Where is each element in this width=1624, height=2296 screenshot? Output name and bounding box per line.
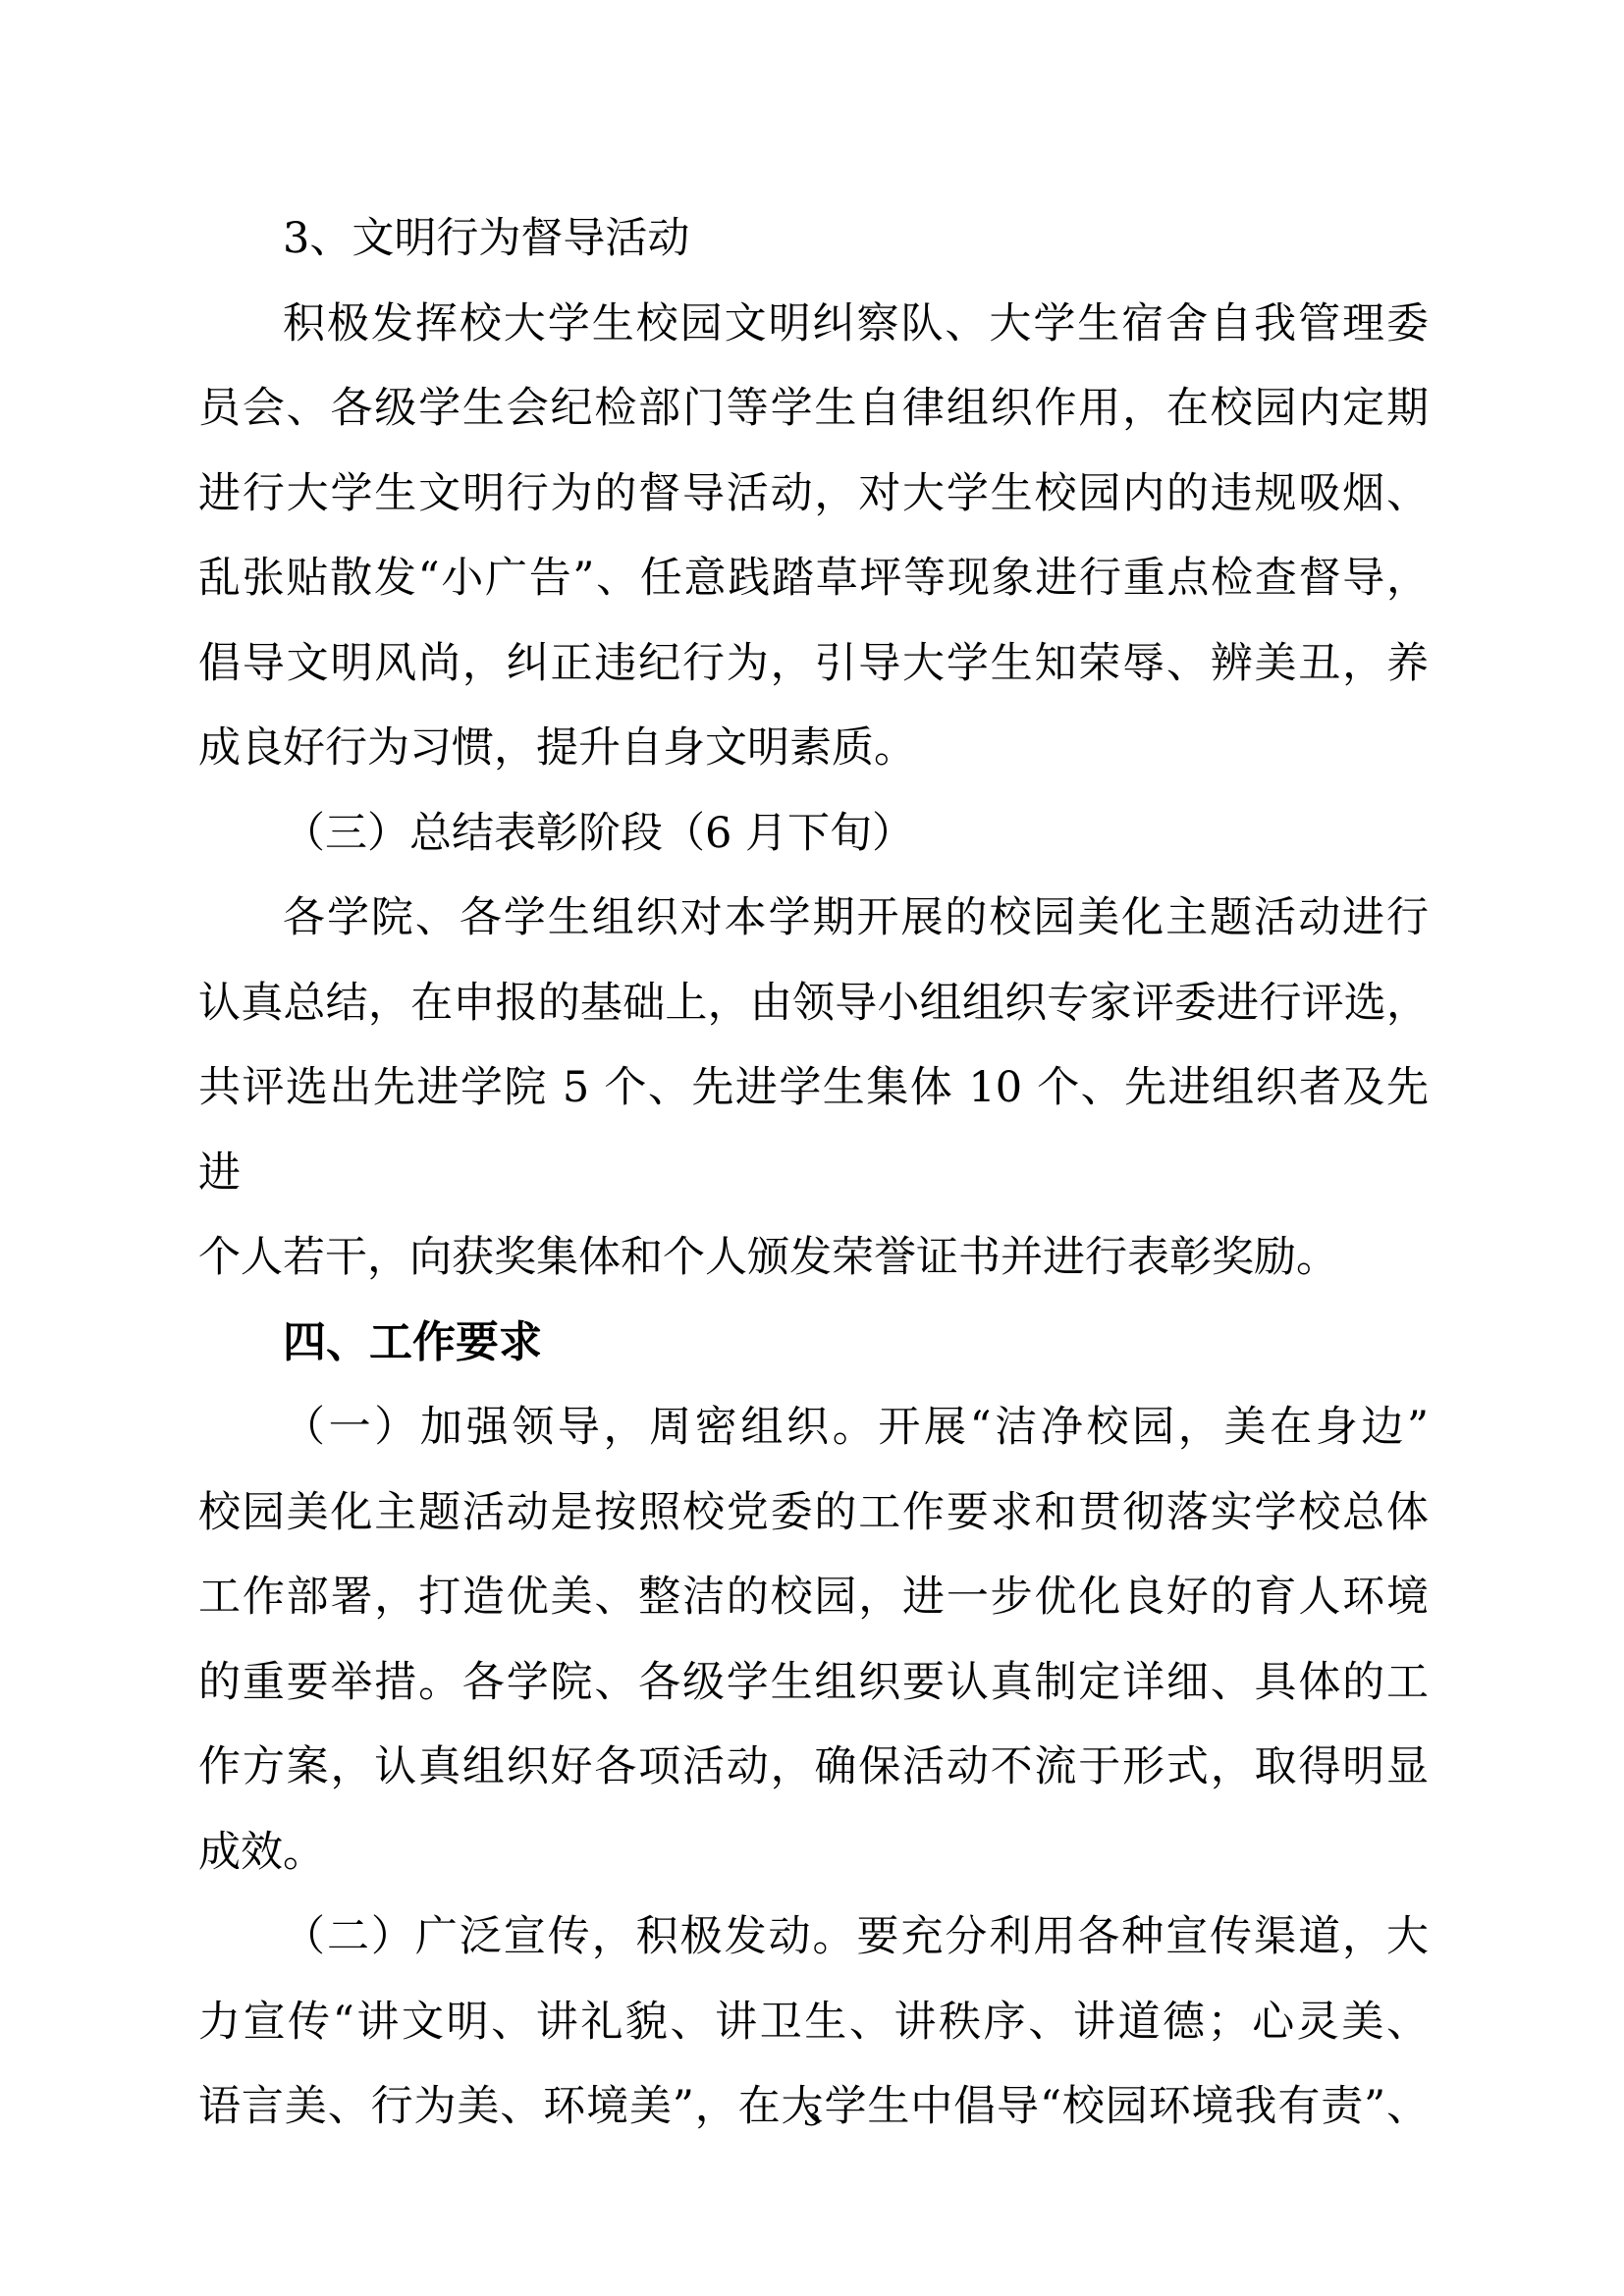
text-line: 倡导文明风尚，纠正违纪行为，引导大学生知荣辱、辨美丑，养 [198,621,1429,707]
text-line: 的重要举措。各学院、各级学生组织要认真制定详细、具体的工 [198,1640,1429,1726]
text-line: 乱张贴散发“小广告”、任意践踏草坪等现象进行重点检查督导， [198,536,1429,621]
text-line: 个人若干，向获奖集体和个人颁发荣誉证书并进行表彰奖励。 [198,1215,1429,1301]
text-line: 进行大学生文明行为的督导活动，对大学生校园内的违规吸烟、 [198,452,1429,537]
text-line: 共评选出先进学院 5 个、先进学生集体 10 个、先进组织者及先进 [198,1045,1429,1215]
text-line: 3、文明行为督导活动 [198,196,1429,282]
section-heading: 四、工作要求 [198,1301,1429,1386]
page-number: 3 [0,2099,1624,2132]
text-line: （二）广泛宣传，积极发动。要充分利用各种宣传渠道，大 [198,1895,1429,1980]
text-line: 积极发挥校大学生校园文明纠察队、大学生宿舍自我管理委 [198,282,1429,367]
text-line: 作方案，认真组织好各项活动，确保活动不流于形式，取得明显 [198,1725,1429,1810]
section-heading: （三）总结表彰阶段（6 月下旬） [198,791,1429,877]
text-line: 成效。 [198,1810,1429,1896]
text-line: 认真总结，在申报的基础上，由领导小组组织专家评委进行评选， [198,961,1429,1046]
document-body: 3、文明行为督导活动 积极发挥校大学生校园文明纠察队、大学生宿舍自我管理委 员会… [198,196,1429,2150]
document-page: 3、文明行为督导活动 积极发挥校大学生校园文明纠察队、大学生宿舍自我管理委 员会… [0,0,1624,2296]
text-line: 力宣传“讲文明、讲礼貌、讲卫生、讲秩序、讲道德；心灵美、 [198,1980,1429,2065]
text-line: 成良好行为习惯，提升自身文明素质。 [198,706,1429,791]
text-line: （一）加强领导，周密组织。开展“洁净校园，美在身边” [198,1385,1429,1470]
text-line: 员会、各级学生会纪检部门等学生自律组织作用，在校园内定期 [198,366,1429,452]
text-line: 各学院、各学生组织对本学期开展的校园美化主题活动进行 [198,876,1429,961]
text-line: 工作部署，打造优美、整洁的校园，进一步优化良好的育人环境 [198,1555,1429,1640]
text-line: 校园美化主题活动是按照校党委的工作要求和贯彻落实学校总体 [198,1470,1429,1556]
